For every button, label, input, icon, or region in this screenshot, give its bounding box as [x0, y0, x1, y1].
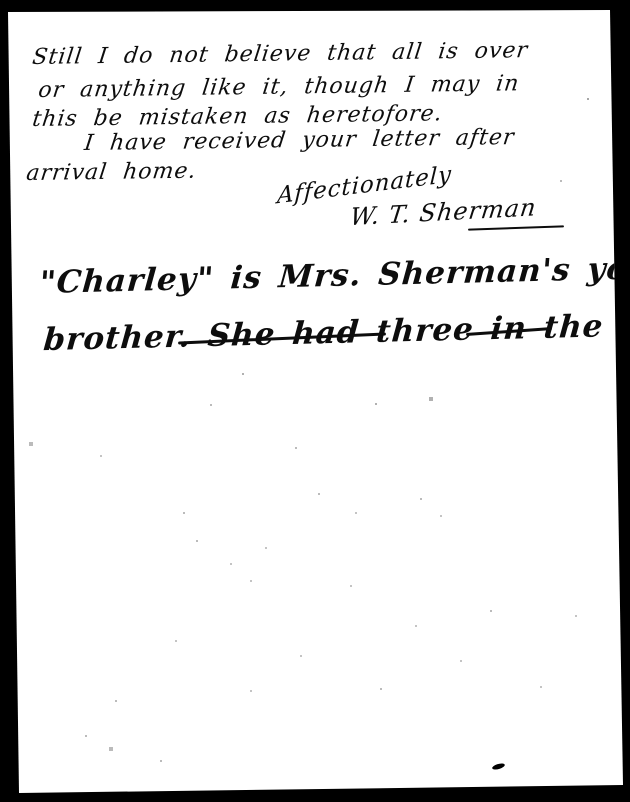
signature-flourish [468, 225, 564, 230]
ink-blot [492, 762, 506, 771]
letter-line-4: I have received your letter after [83, 125, 516, 156]
letter-line-2: or anything like it, though I may in [37, 71, 521, 103]
paper-sheet: Still I do not believe that all is over … [0, 0, 630, 802]
scan-noise [0, 0, 2, 2]
annotation-line-2: brother. She had three in the army. [42, 305, 630, 358]
annotation-line-1: "Charley" is Mrs. Sherman's youngest [38, 248, 630, 302]
scanned-letter-page: Still I do not believe that all is over … [0, 0, 630, 802]
letter-line-5: arrival home. [25, 159, 198, 186]
letter-line-1: Still I do not believe that all is over [31, 38, 530, 70]
signature-text: W. T. Sherman [349, 193, 539, 231]
